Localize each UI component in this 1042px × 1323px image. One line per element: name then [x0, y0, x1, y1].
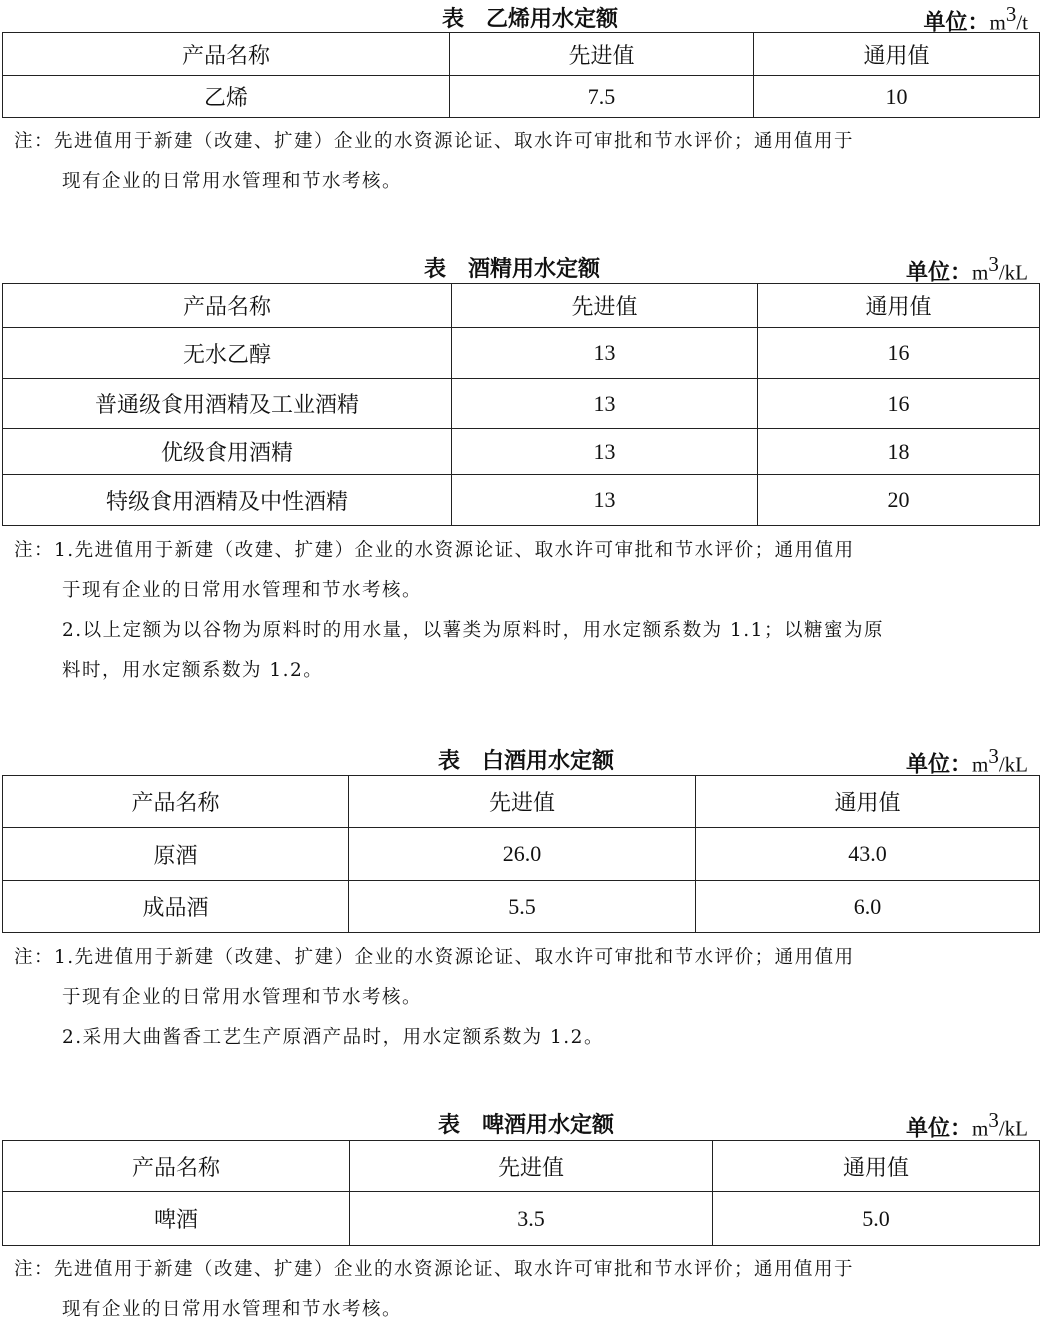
note-line: 于现有企业的日常用水管理和节水考核。	[14, 978, 1034, 1018]
note-line: 现有企业的日常用水管理和节水考核。	[14, 162, 1034, 202]
cell-advanced: 13	[452, 429, 758, 475]
header-product-name: 产品名称	[3, 1141, 350, 1192]
table-baijiu: 产品名称 先进值 通用值 原酒 26.0 43.0 成品酒 5.5 6.0	[2, 775, 1040, 933]
table-title-alcohol: 表 酒精用水定额	[424, 252, 600, 283]
cell-advanced: 3.5	[350, 1192, 713, 1246]
cell-advanced: 13	[452, 475, 758, 526]
header-product-name: 产品名称	[3, 776, 349, 828]
unit-label-baijiu: 单位：m3/kL	[906, 744, 1028, 778]
table-header-row: 产品名称 先进值 通用值	[3, 1141, 1040, 1192]
table-title-baijiu: 表 白酒用水定额	[438, 744, 614, 775]
cell-advanced: 7.5	[450, 76, 754, 118]
cell-general: 10	[754, 76, 1040, 118]
table-row: 乙烯 7.5 10	[3, 76, 1040, 118]
note-line: 注：1.先进值用于新建（改建、扩建）企业的水资源论证、取水许可审批和节水评价；通…	[14, 938, 1034, 978]
cell-product: 无水乙醇	[3, 328, 452, 379]
cell-product: 啤酒	[3, 1192, 350, 1246]
table-row: 特级食用酒精及中性酒精 13 20	[3, 475, 1040, 526]
header-product-name: 产品名称	[3, 33, 450, 76]
note-line: 料时，用水定额系数为 1.2。	[14, 651, 1034, 691]
note-baijiu: 注：1.先进值用于新建（改建、扩建）企业的水资源论证、取水许可审批和节水评价；通…	[14, 938, 1034, 1058]
note-line: 2.以上定额为以谷物为原料时的用水量，以薯类为原料时，用水定额系数为 1.1；以…	[14, 611, 1034, 651]
table-title-beer: 表 啤酒用水定额	[438, 1108, 614, 1139]
note-line: 注：1.先进值用于新建（改建、扩建）企业的水资源论证、取水许可审批和节水评价；通…	[14, 531, 1034, 571]
note-beer: 注：先进值用于新建（改建、扩建）企业的水资源论证、取水许可审批和节水评价；通用值…	[14, 1250, 1034, 1323]
cell-product: 优级食用酒精	[3, 429, 452, 475]
header-general-value: 通用值	[754, 33, 1040, 76]
cell-general: 6.0	[696, 881, 1040, 933]
cell-general: 16	[758, 379, 1040, 429]
cell-general: 18	[758, 429, 1040, 475]
cell-product: 原酒	[3, 828, 349, 881]
note-line: 注：先进值用于新建（改建、扩建）企业的水资源论证、取水许可审批和节水评价；通用值…	[14, 1250, 1034, 1290]
header-general-value: 通用值	[713, 1141, 1040, 1192]
header-advanced-value: 先进值	[450, 33, 754, 76]
cell-general: 5.0	[713, 1192, 1040, 1246]
table-header-row: 产品名称 先进值 通用值	[3, 284, 1040, 328]
cell-general: 43.0	[696, 828, 1040, 881]
cell-product: 普通级食用酒精及工业酒精	[3, 379, 452, 429]
table-title-ethylene: 表 乙烯用水定额	[442, 2, 618, 33]
table-row: 啤酒 3.5 5.0	[3, 1192, 1040, 1246]
header-general-value: 通用值	[758, 284, 1040, 328]
cell-general: 16	[758, 328, 1040, 379]
table-row: 无水乙醇 13 16	[3, 328, 1040, 379]
header-advanced-value: 先进值	[350, 1141, 713, 1192]
note-line: 注：先进值用于新建（改建、扩建）企业的水资源论证、取水许可审批和节水评价；通用值…	[14, 122, 1034, 162]
header-advanced-value: 先进值	[452, 284, 758, 328]
table-row: 原酒 26.0 43.0	[3, 828, 1040, 881]
table-row: 成品酒 5.5 6.0	[3, 881, 1040, 933]
note-line: 2.采用大曲酱香工艺生产原酒产品时，用水定额系数为 1.2。	[14, 1018, 1034, 1058]
table-header-row: 产品名称 先进值 通用值	[3, 33, 1040, 76]
cell-product: 特级食用酒精及中性酒精	[3, 475, 452, 526]
table-header-row: 产品名称 先进值 通用值	[3, 776, 1040, 828]
unit-label-beer: 单位：m3/kL	[906, 1108, 1028, 1142]
cell-general: 20	[758, 475, 1040, 526]
header-advanced-value: 先进值	[349, 776, 696, 828]
note-alcohol: 注：1.先进值用于新建（改建、扩建）企业的水资源论证、取水许可审批和节水评价；通…	[14, 531, 1034, 691]
cell-advanced: 26.0	[349, 828, 696, 881]
table-row: 普通级食用酒精及工业酒精 13 16	[3, 379, 1040, 429]
table-ethylene: 产品名称 先进值 通用值 乙烯 7.5 10	[2, 32, 1040, 118]
cell-advanced: 13	[452, 379, 758, 429]
table-alcohol: 产品名称 先进值 通用值 无水乙醇 13 16 普通级食用酒精及工业酒精 13 …	[2, 283, 1040, 526]
table-row: 优级食用酒精 13 18	[3, 429, 1040, 475]
unit-label-alcohol: 单位：m3/kL	[906, 252, 1028, 286]
header-general-value: 通用值	[696, 776, 1040, 828]
note-line: 于现有企业的日常用水管理和节水考核。	[14, 571, 1034, 611]
cell-product: 成品酒	[3, 881, 349, 933]
note-line: 现有企业的日常用水管理和节水考核。	[14, 1290, 1034, 1323]
cell-advanced: 13	[452, 328, 758, 379]
note-ethylene: 注：先进值用于新建（改建、扩建）企业的水资源论证、取水许可审批和节水评价；通用值…	[14, 122, 1034, 202]
table-beer: 产品名称 先进值 通用值 啤酒 3.5 5.0	[2, 1140, 1040, 1246]
cell-advanced: 5.5	[349, 881, 696, 933]
header-product-name: 产品名称	[3, 284, 452, 328]
cell-product: 乙烯	[3, 76, 450, 118]
